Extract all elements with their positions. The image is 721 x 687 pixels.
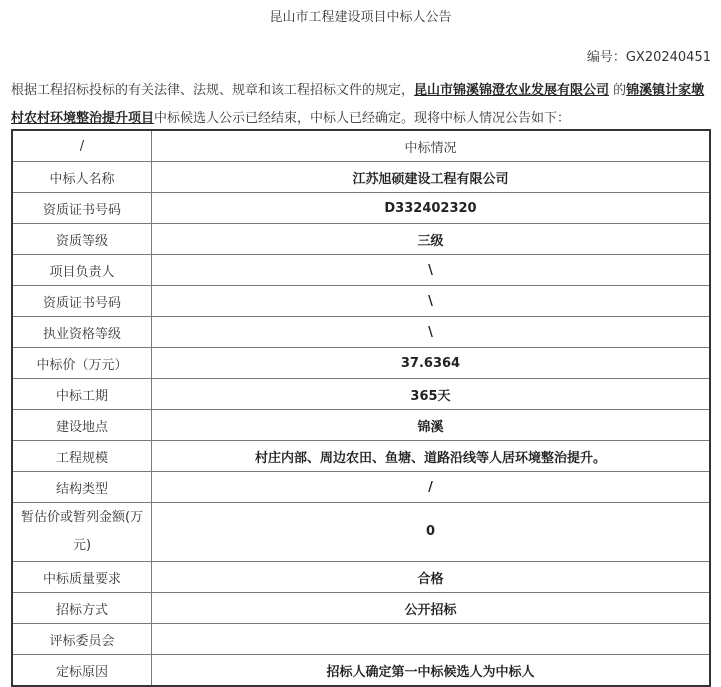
row-label: 建设地点 <box>12 410 152 441</box>
row-label: 中标质量要求 <box>12 562 152 593</box>
row-label: 评标委员会 <box>12 624 152 655</box>
table-row: 执业资格等级 \ <box>12 317 710 348</box>
row-value: \ <box>152 286 711 317</box>
row-label: 项目负责人 <box>12 255 152 286</box>
table-row: 暂估价或暂列金额(万元) 0 <box>12 503 710 562</box>
row-value: 合格 <box>152 562 711 593</box>
row-value: \ <box>152 255 711 286</box>
table-row: 中标质量要求 合格 <box>12 562 710 593</box>
row-value: D332402320 <box>152 193 711 224</box>
row-value <box>152 624 711 655</box>
table-row: 中标价（万元） 37.6364 <box>12 348 710 379</box>
table-row: 建设地点 锦溪 <box>12 410 710 441</box>
row-value: 37.6364 <box>152 348 711 379</box>
table-header-row: / 中标情况 <box>12 130 710 162</box>
document-number-label: 编号： <box>587 50 626 65</box>
document-number-value: GX20240451 <box>626 50 711 65</box>
table-row: 资质等级 三级 <box>12 224 710 255</box>
row-label: 结构类型 <box>12 472 152 503</box>
table-row: 资质证书号码 D332402320 <box>12 193 710 224</box>
row-value: 365天 <box>152 379 711 410</box>
row-value: 村庄内部、周边农田、鱼塘、道路沿线等人居环境整治提升。 <box>152 441 711 472</box>
row-label: 执业资格等级 <box>12 317 152 348</box>
row-label: 中标人名称 <box>12 162 152 193</box>
header-label-cell: / <box>12 130 152 162</box>
tenderer-name: 昆山市锦溪锦澄农业发展有限公司 <box>414 83 609 98</box>
header-value-cell: 中标情况 <box>152 130 711 162</box>
table-row: 定标原因 招标人确定第一中标候选人为中标人 <box>12 655 710 687</box>
intro-paragraph: 根据工程招标投标的有关法律、法规、规章和该工程招标文件的规定，昆山市锦溪锦澄农业… <box>11 77 713 133</box>
intro-suffix: 中标候选人公示已经结束，中标人已经确定。现将中标人情况公告如下： <box>154 111 570 126</box>
table-row: 中标工期 365天 <box>12 379 710 410</box>
row-label: 暂估价或暂列金额(万元) <box>12 503 152 562</box>
row-label: 中标工期 <box>12 379 152 410</box>
document-number: 编号：GX20240451 <box>587 48 711 68</box>
row-value: 锦溪 <box>152 410 711 441</box>
table-row: 资质证书号码 \ <box>12 286 710 317</box>
row-label: 招标方式 <box>12 593 152 624</box>
page-title: 昆山市工程建设项目中标人公告 <box>0 8 721 28</box>
row-value: 公开招标 <box>152 593 711 624</box>
row-value: 江苏旭硕建设工程有限公司 <box>152 162 711 193</box>
row-value: 三级 <box>152 224 711 255</box>
table-row: 招标方式 公开招标 <box>12 593 710 624</box>
intro-middle: 的 <box>609 83 626 98</box>
row-value: 招标人确定第一中标候选人为中标人 <box>152 655 711 687</box>
row-label: 中标价（万元） <box>12 348 152 379</box>
row-label: 定标原因 <box>12 655 152 687</box>
row-label: 工程规模 <box>12 441 152 472</box>
row-label: 资质等级 <box>12 224 152 255</box>
row-value: 0 <box>152 503 711 562</box>
row-value: / <box>152 472 711 503</box>
table-row: 项目负责人 \ <box>12 255 710 286</box>
table-row: 中标人名称 江苏旭硕建设工程有限公司 <box>12 162 710 193</box>
table-row: 结构类型 / <box>12 472 710 503</box>
intro-prefix: 根据工程招标投标的有关法律、法规、规章和该工程招标文件的规定， <box>11 83 414 98</box>
award-result-table: / 中标情况 中标人名称 江苏旭硕建设工程有限公司 资质证书号码 D332402… <box>11 129 711 687</box>
table-row: 评标委员会 <box>12 624 710 655</box>
row-label: 资质证书号码 <box>12 193 152 224</box>
table-row: 工程规模 村庄内部、周边农田、鱼塘、道路沿线等人居环境整治提升。 <box>12 441 710 472</box>
row-label: 资质证书号码 <box>12 286 152 317</box>
row-value: \ <box>152 317 711 348</box>
